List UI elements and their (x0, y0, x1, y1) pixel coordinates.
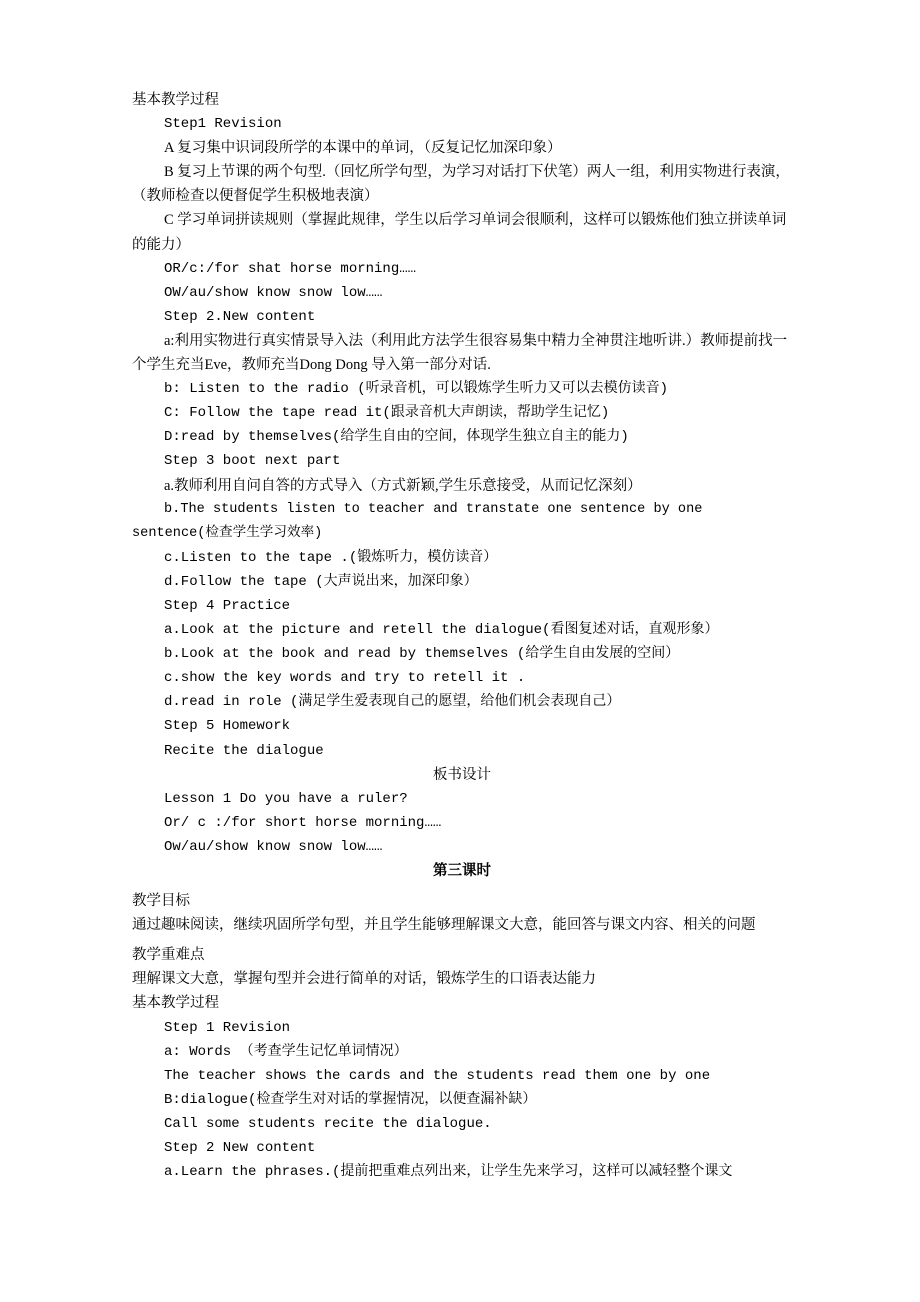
step-item: c.Listen to the tape .(锻炼听力，模仿读音） (132, 546, 792, 570)
step-line: Step 3 boot next part (132, 449, 792, 473)
step-item: c.show the key words and try to retell i… (132, 666, 792, 690)
step-item: b.The students listen to teacher and tra… (132, 498, 792, 546)
phonics-line: OW/au/show know snow low…… (132, 281, 792, 305)
step-item: Call some students recite the dialogue. (132, 1112, 792, 1136)
step-item: d.Follow the tape (大声说出来，加深印象） (132, 570, 792, 594)
step-line: Step 2 New content (132, 1136, 792, 1160)
step-item: C: Follow the tape read it(跟录音机大声朗读，帮助学生… (132, 401, 792, 425)
section-heading: 基本教学过程 (132, 88, 792, 112)
board-design-title: 板书设计 (132, 763, 792, 787)
board-line: Ow/au/show know snow low…… (132, 835, 792, 859)
step-line: Step 5 Homework (132, 714, 792, 738)
board-line: Or/ c :/for short horse morning…… (132, 811, 792, 835)
key-heading: 教学重难点 (132, 943, 792, 967)
step-item: C 学习单词拼读规则（掌握此规律，学生以后学习单词会很顺利，这样可以锻炼他们独立… (132, 208, 792, 256)
step-item: The teacher shows the cards and the stud… (132, 1064, 792, 1088)
goal-heading: 教学目标 (132, 889, 792, 913)
step-line: Step1 Revision (132, 112, 792, 136)
step-item: a: Words （考查学生记忆单词情况） (132, 1040, 792, 1064)
step-line: Step 2.New content (132, 305, 792, 329)
step-item: d.read in role (满足学生爱表现自己的愿望，给他们机会表现自己） (132, 690, 792, 714)
phonics-line: OR/c:/for shat horse morning…… (132, 257, 792, 281)
step-line: Step 1 Revision (132, 1016, 792, 1040)
step-item: B:dialogue(检查学生对对话的掌握情况，以便查漏补缺） (132, 1088, 792, 1112)
step-item: a.教师利用自问自答的方式导入（方式新颖,学生乐意接受，从而记忆深刻） (132, 474, 792, 498)
step-item: a:利用实物进行真实情景导入法（利用此方法学生很容易集中精力全神贯注地听讲.）教… (132, 329, 792, 377)
step-item: A 复习集中识词段所学的本课中的单词，（反复记忆加深印象） (132, 136, 792, 160)
step-item: b: Listen to the radio (听录音机，可以锻炼学生听力又可以… (132, 377, 792, 401)
goal-text: 通过趣味阅读，继续巩固所学句型，并且学生能够理解课文大意，能回答与课文内容、相关… (132, 913, 792, 937)
step-item: a.Learn the phrases.(提前把重难点列出来，让学生先来学习，这… (132, 1160, 792, 1184)
board-line: Lesson 1 Do you have a ruler? (132, 787, 792, 811)
step-item: a.Look at the picture and retell the dia… (132, 618, 792, 642)
step-line: Step 4 Practice (132, 594, 792, 618)
step-item: D:read by themselves(给学生自由的空间，体现学生独立自主的能… (132, 425, 792, 449)
step-item: B 复习上节课的两个句型.（回忆所学句型，为学习对话打下伏笔）两人一组，利用实物… (132, 160, 792, 208)
lesson-title: 第三课时 (132, 859, 792, 883)
key-text: 理解课文大意，掌握句型并会进行简单的对话，锻炼学生的口语表达能力 (132, 967, 792, 991)
document-page: 基本教学过程 Step1 Revision A 复习集中识词段所学的本课中的单词… (132, 88, 792, 1184)
step-item: Recite the dialogue (132, 739, 792, 763)
process-heading: 基本教学过程 (132, 991, 792, 1015)
step-item: b.Look at the book and read by themselve… (132, 642, 792, 666)
